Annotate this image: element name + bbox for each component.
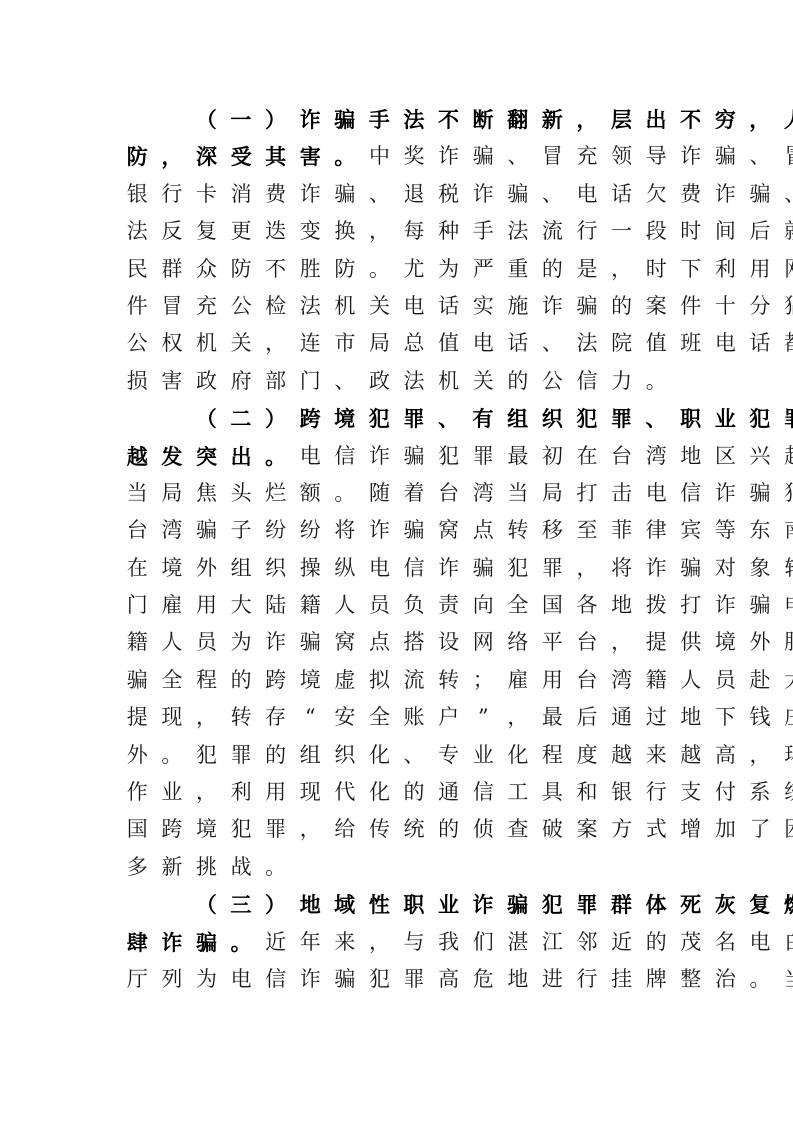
body-text: 民群众防不胜防。尤为严重的是，时下利用网上任意改号软 xyxy=(120,251,793,288)
paragraph-2: （二）跨境犯罪、有组织犯罪、职业犯罪、高智能犯罪越发突出。电信诈骗犯罪最初在台湾… xyxy=(120,400,680,886)
text-line: 防，深受其害。中奖诈骗、冒充领导诈骗、冒充熟人诈骗、 xyxy=(120,138,680,175)
text-line: 作业，利用现代化的通信工具和银行支付系统，频频实施跨 xyxy=(120,774,680,811)
text-line: 公权机关，连市局总值电话、法院值班电话都被冒用，严重 xyxy=(120,325,680,362)
text-line: （一）诈骗手法不断翻新，层出不穷，人民群众防不胜 xyxy=(120,101,680,138)
body-text: 银行卡消费诈骗、退税诈骗、电话欠费诈骗、网络诈骗等手 xyxy=(120,176,793,213)
paragraph-heading-text: 肆诈骗。 xyxy=(120,924,258,961)
document-page: （一）诈骗手法不断翻新，层出不穷，人民群众防不胜防，深受其害。中奖诈骗、冒充领导… xyxy=(0,0,793,1122)
body-text: 骗全程的跨境虚拟流转；雇用台湾籍人员赴大陆各城市转款、 xyxy=(120,662,793,699)
body-text: 近年来，与我们湛江邻近的茂名电白被公安部、省 xyxy=(258,924,793,961)
text-line: 民群众防不胜防。尤为严重的是，时下利用网上任意改号软 xyxy=(120,251,680,288)
text-line: 当局焦头烂额。随着台湾当局打击电信诈骗犯罪力度的加强， xyxy=(120,475,680,512)
text-line: 外。犯罪的组织化、专业化程度越来越高，环环相扣，流水 xyxy=(120,737,680,774)
body-text: 籍人员为诈骗窝点搭设网络平台，提供境外服务器，完成诈 xyxy=(120,624,793,661)
body-text: 公权机关，连市局总值电话、法院值班电话都被冒用，严重 xyxy=(120,325,793,362)
body-text: 多新挑战。 xyxy=(120,849,293,886)
text-line: 国跨境犯罪，给传统的侦查破案方式增加了困难，提出了许 xyxy=(120,811,680,848)
paragraph-heading-text: 防，深受其害。 xyxy=(120,138,362,175)
paragraph-3: （三）地域性职业诈骗犯罪群体死灰复燃，变换手法大肆诈骗。近年来，与我们湛江邻近的… xyxy=(120,886,680,998)
text-line: 银行卡消费诈骗、退税诈骗、电话欠费诈骗、网络诈骗等手 xyxy=(120,176,680,213)
body-text: 门雇用大陆籍人员负责向全国各地拨打诈骗电话；雇用大陆 xyxy=(120,587,793,624)
body-text: 法反复更迭变换，每种手法流行一段时间后就花样翻新，人 xyxy=(120,213,793,250)
text-line: 提现，转存“安全账户”，最后通过地下钱庄将赃款转移境 xyxy=(120,699,680,736)
body-text: 当局焦头烂额。随着台湾当局打击电信诈骗犯罪力度的加强， xyxy=(120,475,793,512)
text-line: 损害政府部门、政法机关的公信力。 xyxy=(120,363,680,400)
text-line: 肆诈骗。近年来，与我们湛江邻近的茂名电白被公安部、省 xyxy=(120,924,680,961)
body-text: 外。犯罪的组织化、专业化程度越来越高，环环相扣，流水 xyxy=(120,737,793,774)
text-line: 籍人员为诈骗窝点搭设网络平台，提供境外服务器，完成诈 xyxy=(120,624,680,661)
document-body: （一）诈骗手法不断翻新，层出不穷，人民群众防不胜防，深受其害。中奖诈骗、冒充领导… xyxy=(120,101,680,998)
text-line: 在境外组织操纵电信诈骗犯罪，将诈骗对象转移到内地，专 xyxy=(120,550,680,587)
paragraph-heading-text: 越发突出。 xyxy=(120,438,293,475)
text-line: 多新挑战。 xyxy=(120,849,680,886)
body-text: 电信诈骗犯罪最初在台湾地区兴起，曾经令台湾 xyxy=(293,438,793,475)
text-line: 件冒充公检法机关电话实施诈骗的案件十分猖獗，直接挑战 xyxy=(120,288,680,325)
text-line: 台湾骗子纷纷将诈骗窝点转移至菲律宾等东南亚国家。他们 xyxy=(120,512,680,549)
paragraph-heading-text: （三）地域性职业诈骗犯罪群体死灰复燃，变换手法大 xyxy=(189,886,793,923)
text-line: 厅列为电信诈骗犯罪高危地进行挂牌整治。当地公安机关加 xyxy=(120,961,680,998)
body-text: 中奖诈骗、冒充领导诈骗、冒充熟人诈骗、 xyxy=(362,138,793,175)
body-text: 厅列为电信诈骗犯罪高危地进行挂牌整治。当地公安机关加 xyxy=(120,961,793,998)
body-text: 提现，转存“安全账户”，最后通过地下钱庄将赃款转移境 xyxy=(120,699,793,736)
text-line: （三）地域性职业诈骗犯罪群体死灰复燃，变换手法大 xyxy=(120,886,680,923)
body-text: 在境外组织操纵电信诈骗犯罪，将诈骗对象转移到内地，专 xyxy=(120,550,793,587)
text-line: 法反复更迭变换，每种手法流行一段时间后就花样翻新，人 xyxy=(120,213,680,250)
body-text: 作业，利用现代化的通信工具和银行支付系统，频频实施跨 xyxy=(120,774,793,811)
body-text: 件冒充公检法机关电话实施诈骗的案件十分猖獗，直接挑战 xyxy=(120,288,793,325)
paragraph-1: （一）诈骗手法不断翻新，层出不穷，人民群众防不胜防，深受其害。中奖诈骗、冒充领导… xyxy=(120,101,680,400)
text-line: 骗全程的跨境虚拟流转；雇用台湾籍人员赴大陆各城市转款、 xyxy=(120,662,680,699)
paragraph-heading-text: （一）诈骗手法不断翻新，层出不穷，人民群众防不胜 xyxy=(189,101,793,138)
text-line: （二）跨境犯罪、有组织犯罪、职业犯罪、高智能犯罪 xyxy=(120,400,680,437)
body-text: 国跨境犯罪，给传统的侦查破案方式增加了困难，提出了许 xyxy=(120,811,793,848)
text-line: 门雇用大陆籍人员负责向全国各地拨打诈骗电话；雇用大陆 xyxy=(120,587,680,624)
paragraph-heading-text: （二）跨境犯罪、有组织犯罪、职业犯罪、高智能犯罪 xyxy=(189,400,793,437)
text-line: 越发突出。电信诈骗犯罪最初在台湾地区兴起，曾经令台湾 xyxy=(120,438,680,475)
body-text: 台湾骗子纷纷将诈骗窝点转移至菲律宾等东南亚国家。他们 xyxy=(120,512,793,549)
body-text: 损害政府部门、政法机关的公信力。 xyxy=(120,363,674,400)
